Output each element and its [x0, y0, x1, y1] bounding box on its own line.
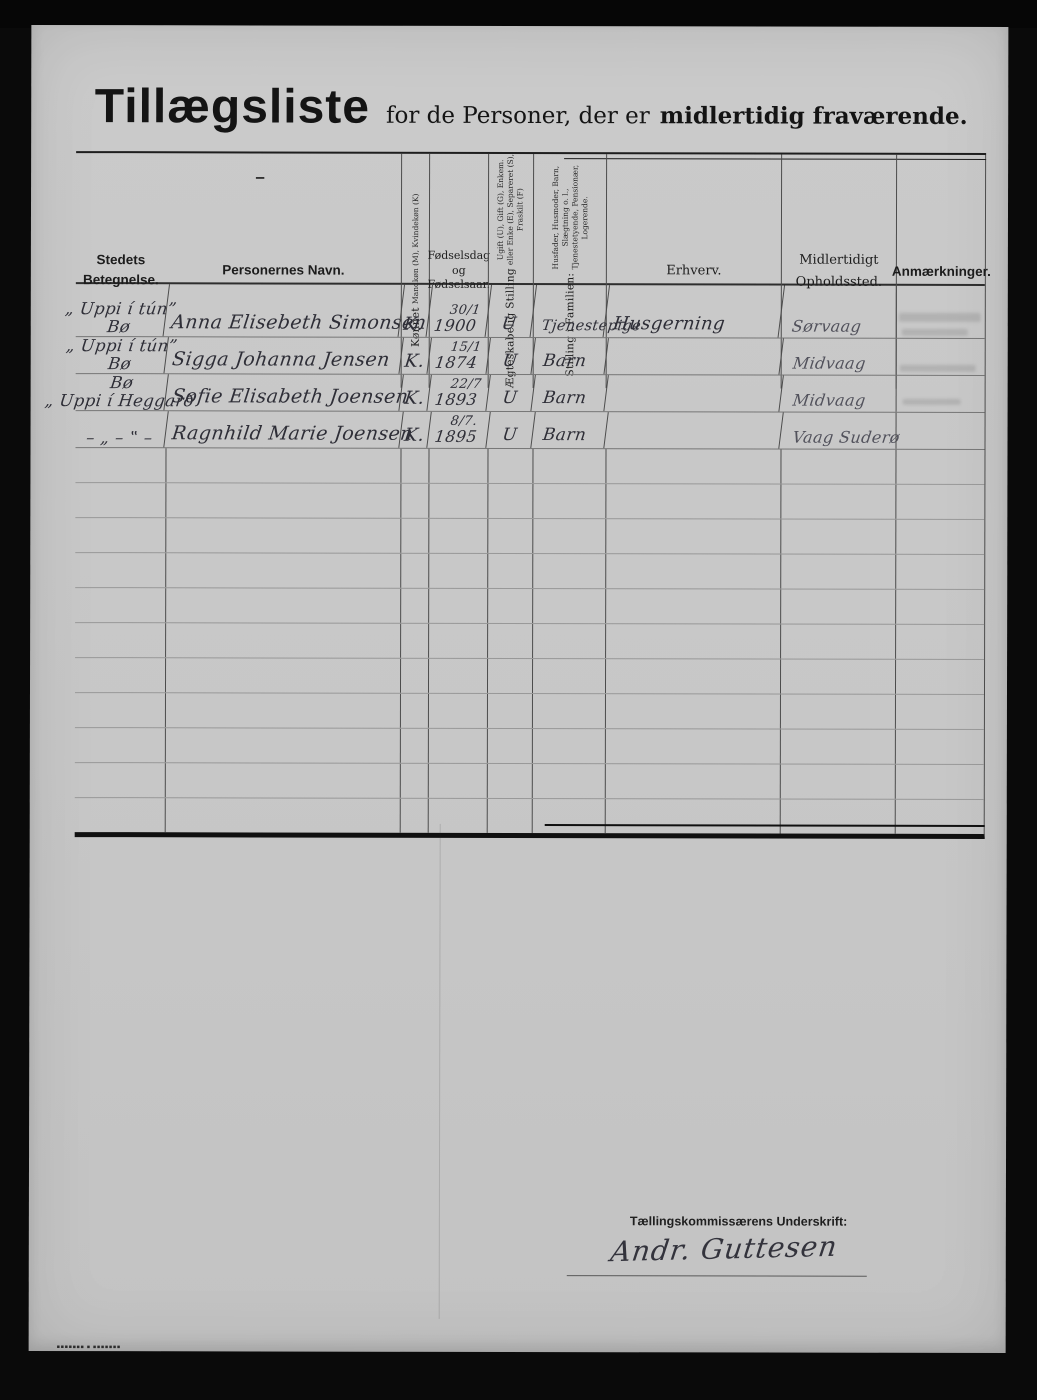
header-marital-sub: Ugift (U), Gift (G), Enkem. eller Enke (…: [496, 154, 525, 265]
scan-border-top: [0, 0, 1037, 28]
cell-birthdate: [428, 694, 487, 728]
cell-sex: [400, 659, 428, 693]
place-line-2: Bø: [107, 355, 132, 373]
cell-birthdate: [428, 799, 487, 833]
cell-name: [165, 553, 400, 587]
cell-occupation: [605, 729, 780, 763]
cell-marital: [487, 729, 532, 763]
form-title-bold: midlertidig fraværende.: [660, 102, 968, 130]
cell-name: [165, 623, 400, 657]
place-line-2: – „ – ‟ –: [85, 429, 154, 447]
cell-sex: [400, 764, 428, 798]
cell-name: [165, 728, 400, 762]
cell-name: [165, 448, 400, 482]
cell-birthdate: [428, 484, 487, 518]
cell-residence: [780, 765, 895, 799]
cell-birthdate: [428, 729, 487, 763]
cell-place: [75, 693, 165, 727]
cell-residence: [780, 730, 895, 764]
cell-family: [532, 449, 605, 483]
table-header-row: Stedets Betegnelse. – Personernes Navn. …: [76, 153, 985, 286]
table-row-empty: [75, 588, 984, 625]
bleed-through-smudge: [903, 399, 961, 405]
cell-marital: U: [485, 375, 534, 411]
cell-sex: [400, 799, 428, 833]
place-line-1: Bø: [109, 374, 134, 392]
table-row: – „ – ‟ – Ragnhild Marie Joensen K. 8/7.…: [76, 411, 985, 450]
cell-sex: [400, 624, 428, 658]
table-row-empty: [75, 623, 984, 660]
table-row-empty: [75, 658, 984, 695]
cell-remarks: [896, 376, 986, 412]
cell-place: [75, 483, 165, 517]
cell-occupation: [605, 624, 780, 658]
bleed-through-smudge: [900, 365, 976, 372]
cell-residence: [780, 625, 895, 659]
cell-sex: [400, 484, 428, 518]
cell-name: [165, 658, 400, 692]
cell-occupation: [605, 484, 780, 518]
cell-place: „ Uppi í tún” Bø: [73, 337, 167, 373]
cell-family: [532, 554, 605, 588]
cell-birthdate: [428, 589, 487, 623]
cell-remarks: [895, 730, 985, 764]
cell-place: [75, 448, 165, 482]
cell-sex: [400, 589, 428, 623]
table-grid: Stedets Betegnelse. – Personernes Navn. …: [75, 153, 986, 839]
cell-sex: [400, 729, 428, 763]
census-table: Stedets Betegnelse. – Personernes Navn. …: [75, 151, 986, 839]
cell-place: [75, 623, 165, 657]
cell-family: [532, 519, 605, 553]
cell-place: [75, 658, 165, 692]
cell-place: [75, 518, 165, 552]
cell-birthdate: [428, 764, 487, 798]
cell-name: Ragnhild Marie Joensen: [163, 411, 402, 447]
cell-occupation: Husgerning: [603, 285, 784, 337]
cell-remarks: [895, 660, 985, 694]
signature-name: Andr. Guttesen: [609, 1230, 840, 1269]
cell-birthdate: [428, 449, 487, 483]
cell-residence: Midvaag: [778, 376, 897, 412]
cell-name: Sofie Elisabeth Joensen: [163, 374, 402, 410]
cell-sex: [400, 519, 428, 553]
cell-residence: [780, 660, 895, 694]
cell-family: Barn: [530, 412, 607, 448]
header-name-dash: –: [255, 165, 265, 190]
place-line-1: „ Uppi í tún”: [64, 300, 178, 318]
cell-remarks: [895, 625, 985, 659]
table-row-empty: [75, 448, 984, 485]
cell-name: Anna Elisebeth Simonsen: [163, 284, 404, 336]
cell-family: [532, 484, 605, 518]
cell-remarks: [896, 413, 986, 449]
cell-marital: [487, 659, 532, 693]
table-row: „ Uppi í tún” Bø Anna Elisebeth Simonsen…: [76, 284, 985, 339]
cell-occupation: [605, 519, 780, 553]
table-row-empty: [75, 553, 984, 590]
cell-residence: [780, 590, 895, 624]
cell-residence: [780, 450, 895, 484]
form-title: Tillægsliste for de Personer, der er mid…: [91, 79, 971, 136]
cell-marital: [487, 519, 532, 553]
cell-remarks: [895, 485, 985, 519]
cell-occupation: [605, 554, 780, 588]
cell-occupation: [603, 375, 782, 411]
cell-family: [532, 764, 605, 798]
birth-year: 1874: [434, 353, 479, 372]
header-name-label: Personernes Navn.: [222, 261, 344, 281]
signature-label: Tællingskommissærens Underskrift:: [630, 1214, 847, 1228]
cell-residence: [780, 695, 895, 729]
cell-occupation: [605, 799, 780, 833]
cell-residence: [780, 520, 895, 554]
cell-sex: [400, 554, 428, 588]
cell-birthdate: [428, 519, 487, 553]
cell-residence: [780, 555, 895, 589]
signature-line: [567, 1275, 867, 1277]
header-family-sub: Husfader, Husmoder, Barn, Slægtning o. l…: [550, 165, 589, 270]
cell-family: [532, 799, 605, 833]
cell-family: [532, 694, 605, 728]
cell-family: [532, 589, 605, 623]
birth-year: 1895: [434, 427, 479, 446]
cell-occupation: [605, 694, 780, 728]
printer-imprint: ▪▪▪▪▪▪▪ ▪ ▪▪▪▪▪▪▪: [57, 1344, 121, 1350]
cell-remarks: [895, 800, 985, 834]
cell-marital: U: [485, 338, 534, 374]
cell-sex: [400, 449, 428, 483]
cell-residence: Sørvaag: [778, 286, 899, 338]
birth-year: 1900: [433, 316, 478, 335]
cell-name: [165, 763, 400, 797]
cell-residence: Midvaag: [778, 339, 897, 375]
form-title-main: Tillægsliste: [95, 79, 370, 135]
cell-occupation: [603, 412, 782, 448]
cell-marital: [487, 484, 532, 518]
cell-remarks: [895, 450, 985, 484]
cell-birthdate: [428, 659, 487, 693]
cell-marital: [487, 764, 532, 798]
cell-marital: [487, 694, 532, 728]
cell-family: [532, 729, 605, 763]
table-row: „ Uppi í tún” Bø Sigga Johanna Jensen K.…: [76, 337, 985, 376]
cell-birthdate: 15/1 1874: [426, 338, 489, 374]
cell-residence: Vaag Suderø: [778, 413, 897, 449]
cell-family: Barn: [530, 338, 607, 374]
cell-place: Bø „ Uppi í Heggarð: [73, 374, 167, 410]
birth-year: 1893: [434, 390, 479, 409]
cell-marital: [487, 554, 532, 588]
cell-marital: U: [485, 285, 536, 337]
cell-place: „ Uppi í tún” Bø: [73, 284, 169, 336]
empty-rows-section: [75, 448, 985, 834]
cell-family: Barn: [530, 375, 607, 411]
table-row-empty: [75, 518, 984, 555]
cell-birthdate: [428, 554, 487, 588]
cell-occupation: [605, 764, 780, 798]
bleed-through-smudge: [899, 313, 981, 322]
census-form-page: Tillægsliste for de Personer, der er mid…: [29, 25, 1009, 1353]
cell-family: [532, 659, 605, 693]
cell-birthdate: 30/1 1900: [426, 285, 491, 337]
cell-residence: [780, 485, 895, 519]
scan-background: { "title": { "main": "Tillægsliste", "re…: [0, 0, 1037, 1400]
cell-birthdate: 22/7 1893: [426, 375, 489, 411]
table-row-empty: [75, 693, 984, 730]
cell-family: Tjenestepige: [530, 285, 609, 337]
cell-remarks: [895, 765, 985, 799]
cell-residence: [780, 800, 895, 834]
cell-marital: [487, 624, 532, 658]
cell-place: [75, 553, 165, 587]
cell-name: Sigga Johanna Jensen: [163, 337, 402, 373]
cell-occupation: [603, 338, 782, 374]
cell-remarks: [895, 555, 985, 589]
form-title-rest: for de Personer, der er: [386, 103, 650, 130]
cell-name: [165, 798, 400, 832]
table-row-empty: [75, 728, 984, 765]
cell-remarks: [895, 695, 985, 729]
cell-occupation: [605, 449, 780, 483]
cell-remarks: [895, 590, 985, 624]
cell-marital: [487, 799, 532, 833]
cell-remarks: [895, 520, 985, 554]
cell-place: [75, 798, 165, 832]
table-row: Bø „ Uppi í Heggarð Sofie Elisabeth Joen…: [76, 374, 985, 413]
place-line-2: Bø: [106, 318, 131, 336]
bleed-through-line: [439, 824, 441, 1319]
cell-place: – „ – ‟ –: [73, 411, 167, 447]
bleed-through-smudge: [902, 329, 968, 336]
cell-sex: [400, 694, 428, 728]
cell-name: [165, 483, 400, 517]
cell-name: [165, 518, 400, 552]
cell-family: [532, 624, 605, 658]
cell-occupation: [605, 659, 780, 693]
table-row-empty: [75, 763, 984, 800]
table-row-empty: [75, 483, 984, 520]
place-line-1: „ Uppi í tún”: [65, 337, 179, 355]
cell-name: [165, 588, 400, 622]
cell-place: [75, 728, 165, 762]
cell-marital: U: [485, 412, 534, 448]
cell-marital: [487, 589, 532, 623]
cell-marital: [487, 449, 532, 483]
cell-name: [165, 693, 400, 727]
cell-place: [75, 763, 165, 797]
cell-occupation: [605, 589, 780, 623]
cell-place: [75, 588, 165, 622]
cell-birthdate: 8/7. 1895: [426, 412, 489, 448]
cell-birthdate: [428, 624, 487, 658]
table-row-empty: [75, 798, 984, 834]
